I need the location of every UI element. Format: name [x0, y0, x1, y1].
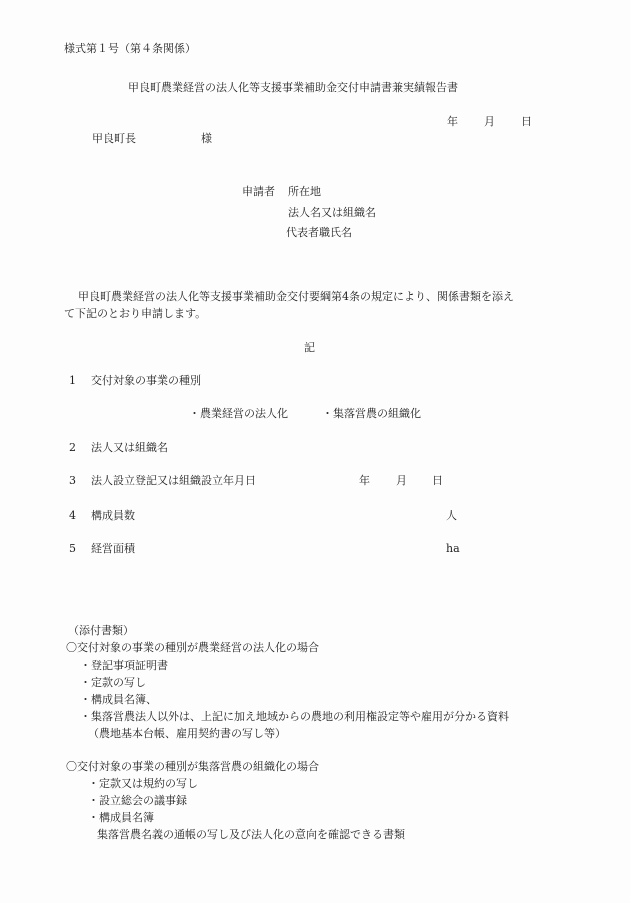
applicant-org-name-label: 法人名又は組織名 [288, 206, 376, 220]
group-1-item: ・集落営農法人以外は、上記に加え地域からの農地の利用権設定等や雇用が分かる資料 [80, 710, 509, 724]
item-label: 法人設立登記又は組織設立年月日 [91, 474, 256, 488]
group-1-title: 〇交付対象の事業の種別が農業経営の法人化の場合 [66, 641, 319, 655]
item-3-day: 日 [432, 474, 443, 488]
body-text-line-2: て下記のとおり申請します。 [64, 307, 206, 321]
item-number: 2 [69, 441, 76, 455]
group-1-item: ・定款の写し [80, 676, 146, 690]
date-year: 年 [447, 115, 458, 129]
group-1-item: ・登記事項証明書 [80, 659, 168, 673]
applicant-address-label: 所在地 [288, 185, 321, 199]
item-number: 5 [69, 542, 76, 556]
group-2-item: ・設立総会の議事録 [88, 794, 187, 808]
group-2-item: ・構成員名簿 [88, 811, 154, 825]
item-number: 1 [69, 374, 76, 388]
applicant-representative-label: 代表者職氏名 [286, 226, 352, 240]
item-5-unit: ha [446, 542, 460, 556]
option-community-farming: ・集落営農の組織化 [322, 407, 421, 421]
body-text-line-1: 甲良町農業経営の法人化等支援事業補助金交付要綱第4条の規定により、関係書類を添え [78, 290, 514, 304]
group-2-title: 〇交付対象の事業の種別が集落営農の組織化の場合 [66, 760, 319, 774]
item-3-year: 年 [359, 474, 370, 488]
item-label: 交付対象の事業の種別 [91, 374, 201, 388]
applicant-label: 申請者 [242, 185, 275, 199]
addressee-name: 甲良町長 [92, 132, 136, 146]
date-day: 日 [521, 115, 532, 129]
group-1-item: ・構成員名簿、 [80, 693, 157, 707]
item-number: 3 [69, 474, 76, 488]
form-number: 様式第１号（第４条関係） [64, 42, 196, 56]
item-label: 構成員数 [91, 509, 135, 523]
item-label: 法人又は組織名 [91, 441, 168, 455]
date-month: 月 [484, 115, 495, 129]
attachments-heading: （添付書類） [68, 624, 134, 638]
document-title: 甲良町農業経営の法人化等支援事業補助金交付申請書兼実績報告書 [128, 81, 458, 95]
item-4-unit: 人 [446, 509, 457, 523]
item-number: 4 [69, 509, 76, 523]
option-corporatization: ・農業経営の法人化 [189, 407, 288, 421]
group-2-note: 集落営農名義の通帳の写し及び法人化の意向を確認できる書類 [97, 828, 405, 842]
addressee-honorific: 様 [201, 132, 212, 146]
group-2-item: ・定款又は規約の写し [88, 777, 198, 791]
item-3-month: 月 [396, 474, 407, 488]
ki-heading: 記 [304, 341, 315, 355]
group-1-note: （農地基本台帳、雇用契約書の写し等） [88, 727, 286, 741]
item-label: 経営面積 [91, 542, 135, 556]
